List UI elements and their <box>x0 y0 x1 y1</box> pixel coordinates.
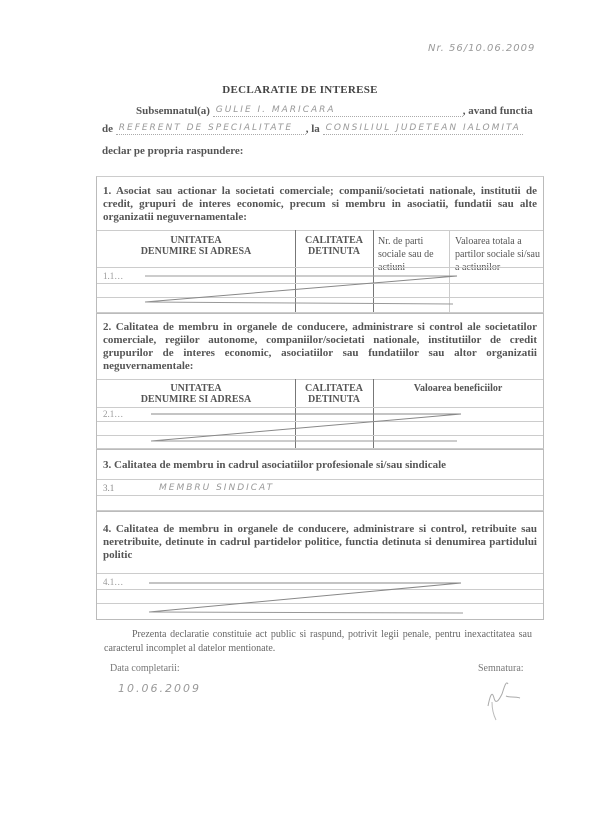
legal-statement: Prezenta declaratie constituie act publi… <box>104 628 532 656</box>
function-line: de REFERENT DE SPECIALITATE, la CONSILIU… <box>102 122 523 135</box>
signature-label: Semnatura: <box>478 663 524 674</box>
strike-through-mark <box>97 511 543 619</box>
declar-label: declar pe propria raspundere: <box>102 145 243 157</box>
page-title: DECLARATIE DE INTERESE <box>0 84 600 96</box>
registration-number: Nr. 56/10.06.2009 <box>428 43 535 54</box>
la-label: , la <box>306 123 320 135</box>
strike-through-mark <box>97 313 543 449</box>
institution-field: CONSILIUL JUDETEAN IALOMITA <box>323 122 523 135</box>
strike-through-mark <box>97 177 543 313</box>
function-field: REFERENT DE SPECIALITATE <box>116 122 306 135</box>
name-value: GULIE I. MARICARA <box>216 105 336 115</box>
section-3-text: 3. Calitatea de membru in cadrul asociat… <box>97 449 543 472</box>
name-line: Subsemnatul(a) GULIE I. MARICARA, avand … <box>136 104 533 117</box>
de-label: de <box>102 123 113 135</box>
signature-mark <box>482 676 532 722</box>
membership-value: MEMBRU SINDICAT <box>159 483 274 493</box>
section-1: 1. Asociat sau actionar la societati com… <box>96 176 544 314</box>
section-3: 3. Calitatea de membru in cadrul asociat… <box>96 448 544 512</box>
institution-value: CONSILIUL JUDETEAN IALOMITA <box>326 123 521 133</box>
date-value: 10.06.2009 <box>118 682 201 695</box>
avand-functia-label: , avand functia <box>463 105 533 117</box>
name-field: GULIE I. MARICARA <box>213 104 463 117</box>
section-4: 4. Calitatea de membru in organele de co… <box>96 510 544 620</box>
subsemnatul-label: Subsemnatul(a) <box>136 105 210 117</box>
section-2: 2. Calitatea de membru in organele de co… <box>96 312 544 450</box>
function-value: REFERENT DE SPECIALITATE <box>119 123 293 133</box>
date-label: Data completarii: <box>110 663 180 674</box>
row-label: 3.1 <box>103 483 114 493</box>
